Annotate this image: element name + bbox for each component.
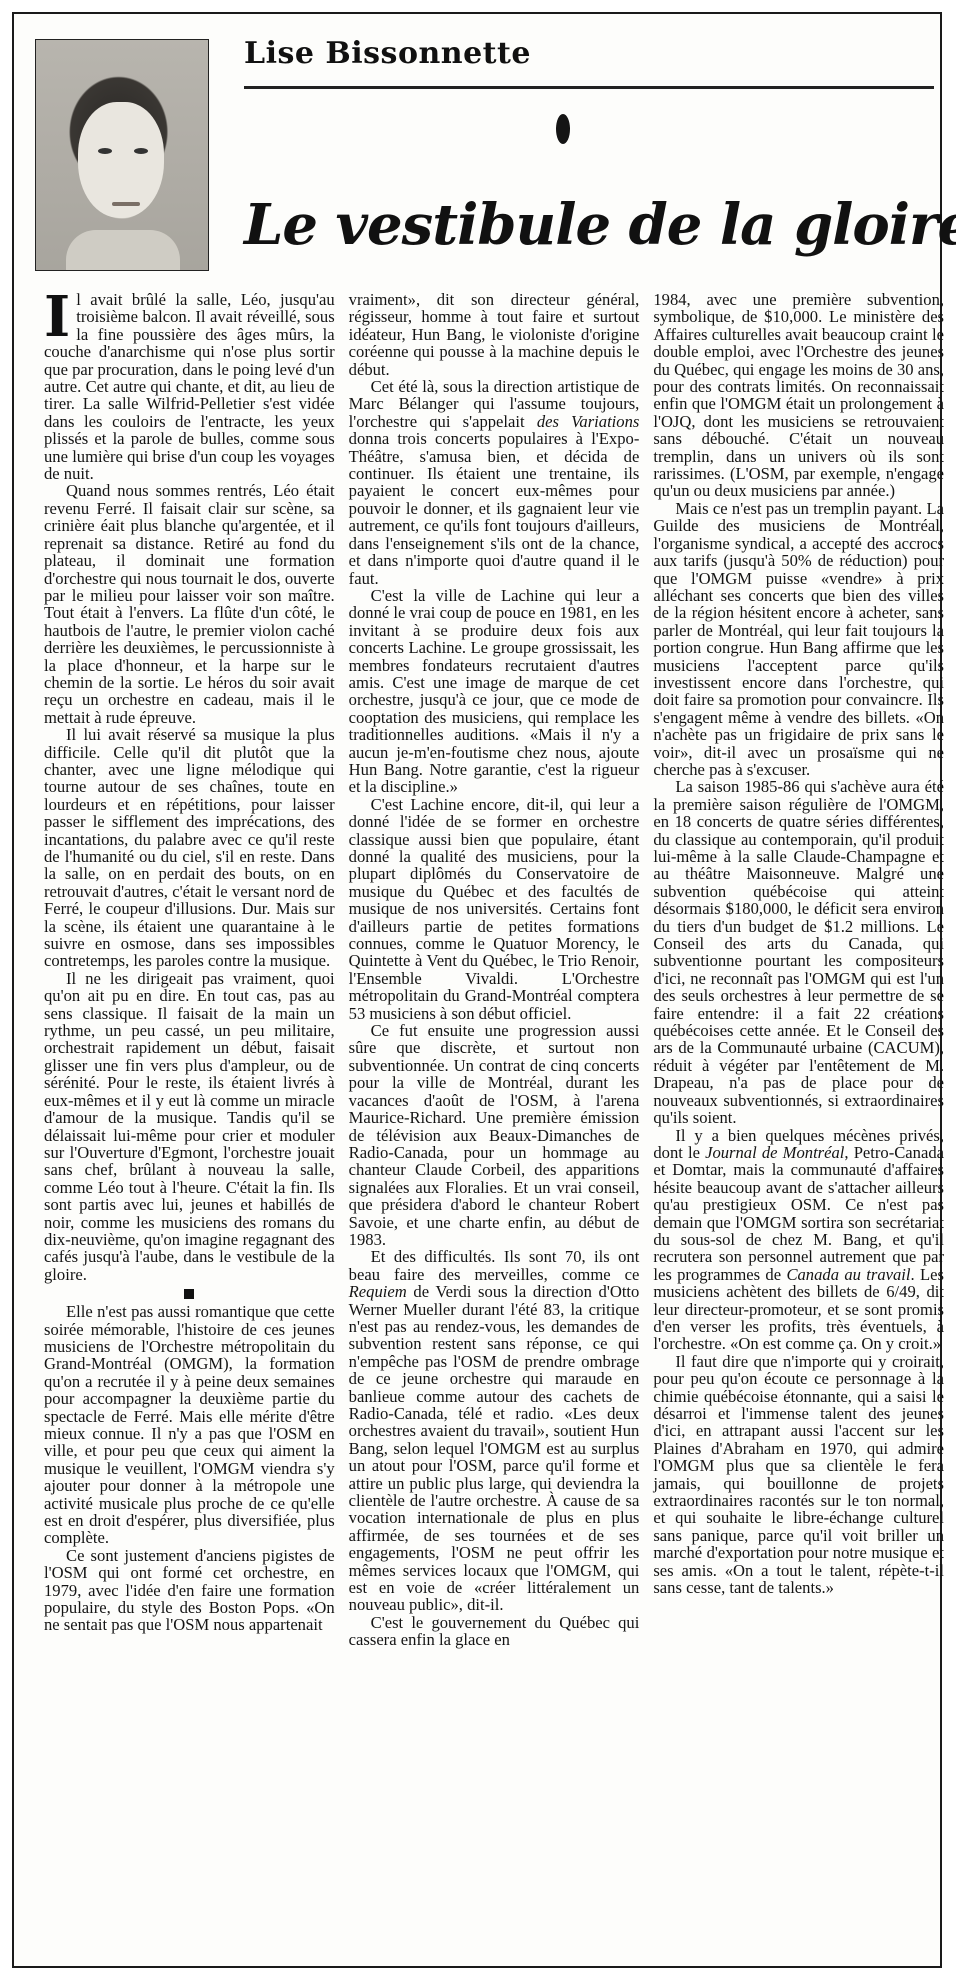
- paragraph: Ce sont justement d'anciens pigistes de …: [44, 1547, 335, 1634]
- photo-mouth: [112, 202, 140, 206]
- italic-title: Requiem: [349, 1282, 407, 1301]
- paragraph: C'est le gouvernement du Québec qui cass…: [349, 1614, 640, 1649]
- paragraph: Quand nous sommes rentrés, Léo était rev…: [44, 482, 335, 726]
- photo-shoulders: [66, 230, 180, 271]
- article-frame: Lise Bissonnette Le vestibule de la gloi…: [12, 12, 942, 1968]
- photo-eye-right: [134, 148, 148, 154]
- paragraph: C'est la ville de Lachine qui leur a don…: [349, 587, 640, 796]
- paragraph: Il faut dire que n'importe qui y croirai…: [653, 1353, 944, 1597]
- paragraph: La saison 1985-86 qui s'achève aura été …: [653, 778, 944, 1126]
- byline-rule: [244, 86, 934, 89]
- photo-face: [78, 102, 164, 218]
- italic-title: Canada au travail: [786, 1265, 910, 1284]
- article-body: Il avait brûlé la salle, Léo, jusqu'au t…: [44, 291, 944, 1961]
- author-byline: Lise Bissonnette: [244, 36, 531, 71]
- italic-title: Journal de Montréal: [705, 1143, 844, 1162]
- ink-ornament-icon: [556, 114, 570, 144]
- paragraph: Elle n'est pas aussi romantique que cett…: [44, 1303, 335, 1547]
- column-1: Il avait brûlé la salle, Léo, jusqu'au t…: [44, 291, 335, 1961]
- column-3: 1984, avec une première subvention, symb…: [653, 291, 944, 1961]
- column-2: vraiment», dit son directeur général, ré…: [349, 291, 640, 1961]
- paragraph: Et des difficultés. Ils sont 70, ils ont…: [349, 1248, 640, 1614]
- photo-eye-left: [98, 148, 112, 154]
- article-headline: Le vestibule de la gloire: [244, 192, 944, 258]
- text: , Petro-Canada et Domtar, mais la commun…: [653, 1143, 944, 1284]
- drop-cap: I: [44, 293, 70, 341]
- section-separator-icon: [184, 1289, 194, 1299]
- paragraph: Cet été là, sous la direction artistique…: [349, 378, 640, 587]
- italic-title: des Variations: [537, 412, 640, 431]
- paragraph: Il lui avait réservé sa musique la plus …: [44, 726, 335, 970]
- text: Et des difficultés. Ils sont 70, ils ont…: [349, 1247, 640, 1283]
- paragraph: Il avait brûlé la salle, Léo, jusqu'au t…: [44, 291, 335, 482]
- paragraph: Ce fut ensuite une progression aussi sûr…: [349, 1022, 640, 1248]
- paragraph: Il ne les dirigeait pas vraiment, quoi q…: [44, 970, 335, 1283]
- paragraph: vraiment», dit son directeur général, ré…: [349, 291, 640, 378]
- text: de Verdi sous la direction d'Otto Werner…: [349, 1282, 640, 1614]
- text: donna trois concerts populaires à l'Expo…: [349, 429, 640, 587]
- author-photo: [35, 39, 209, 271]
- paragraph-text: l avait brûlé la salle, Léo, jusqu'au tr…: [44, 290, 335, 483]
- paragraph: Mais ce n'est pas un tremplin payant. La…: [653, 500, 944, 779]
- paragraph: Il y a bien quelques mécènes privés, don…: [653, 1127, 944, 1353]
- paragraph: 1984, avec une première subvention, symb…: [653, 291, 944, 500]
- paragraph: C'est Lachine encore, dit-il, qui leur a…: [349, 796, 640, 1022]
